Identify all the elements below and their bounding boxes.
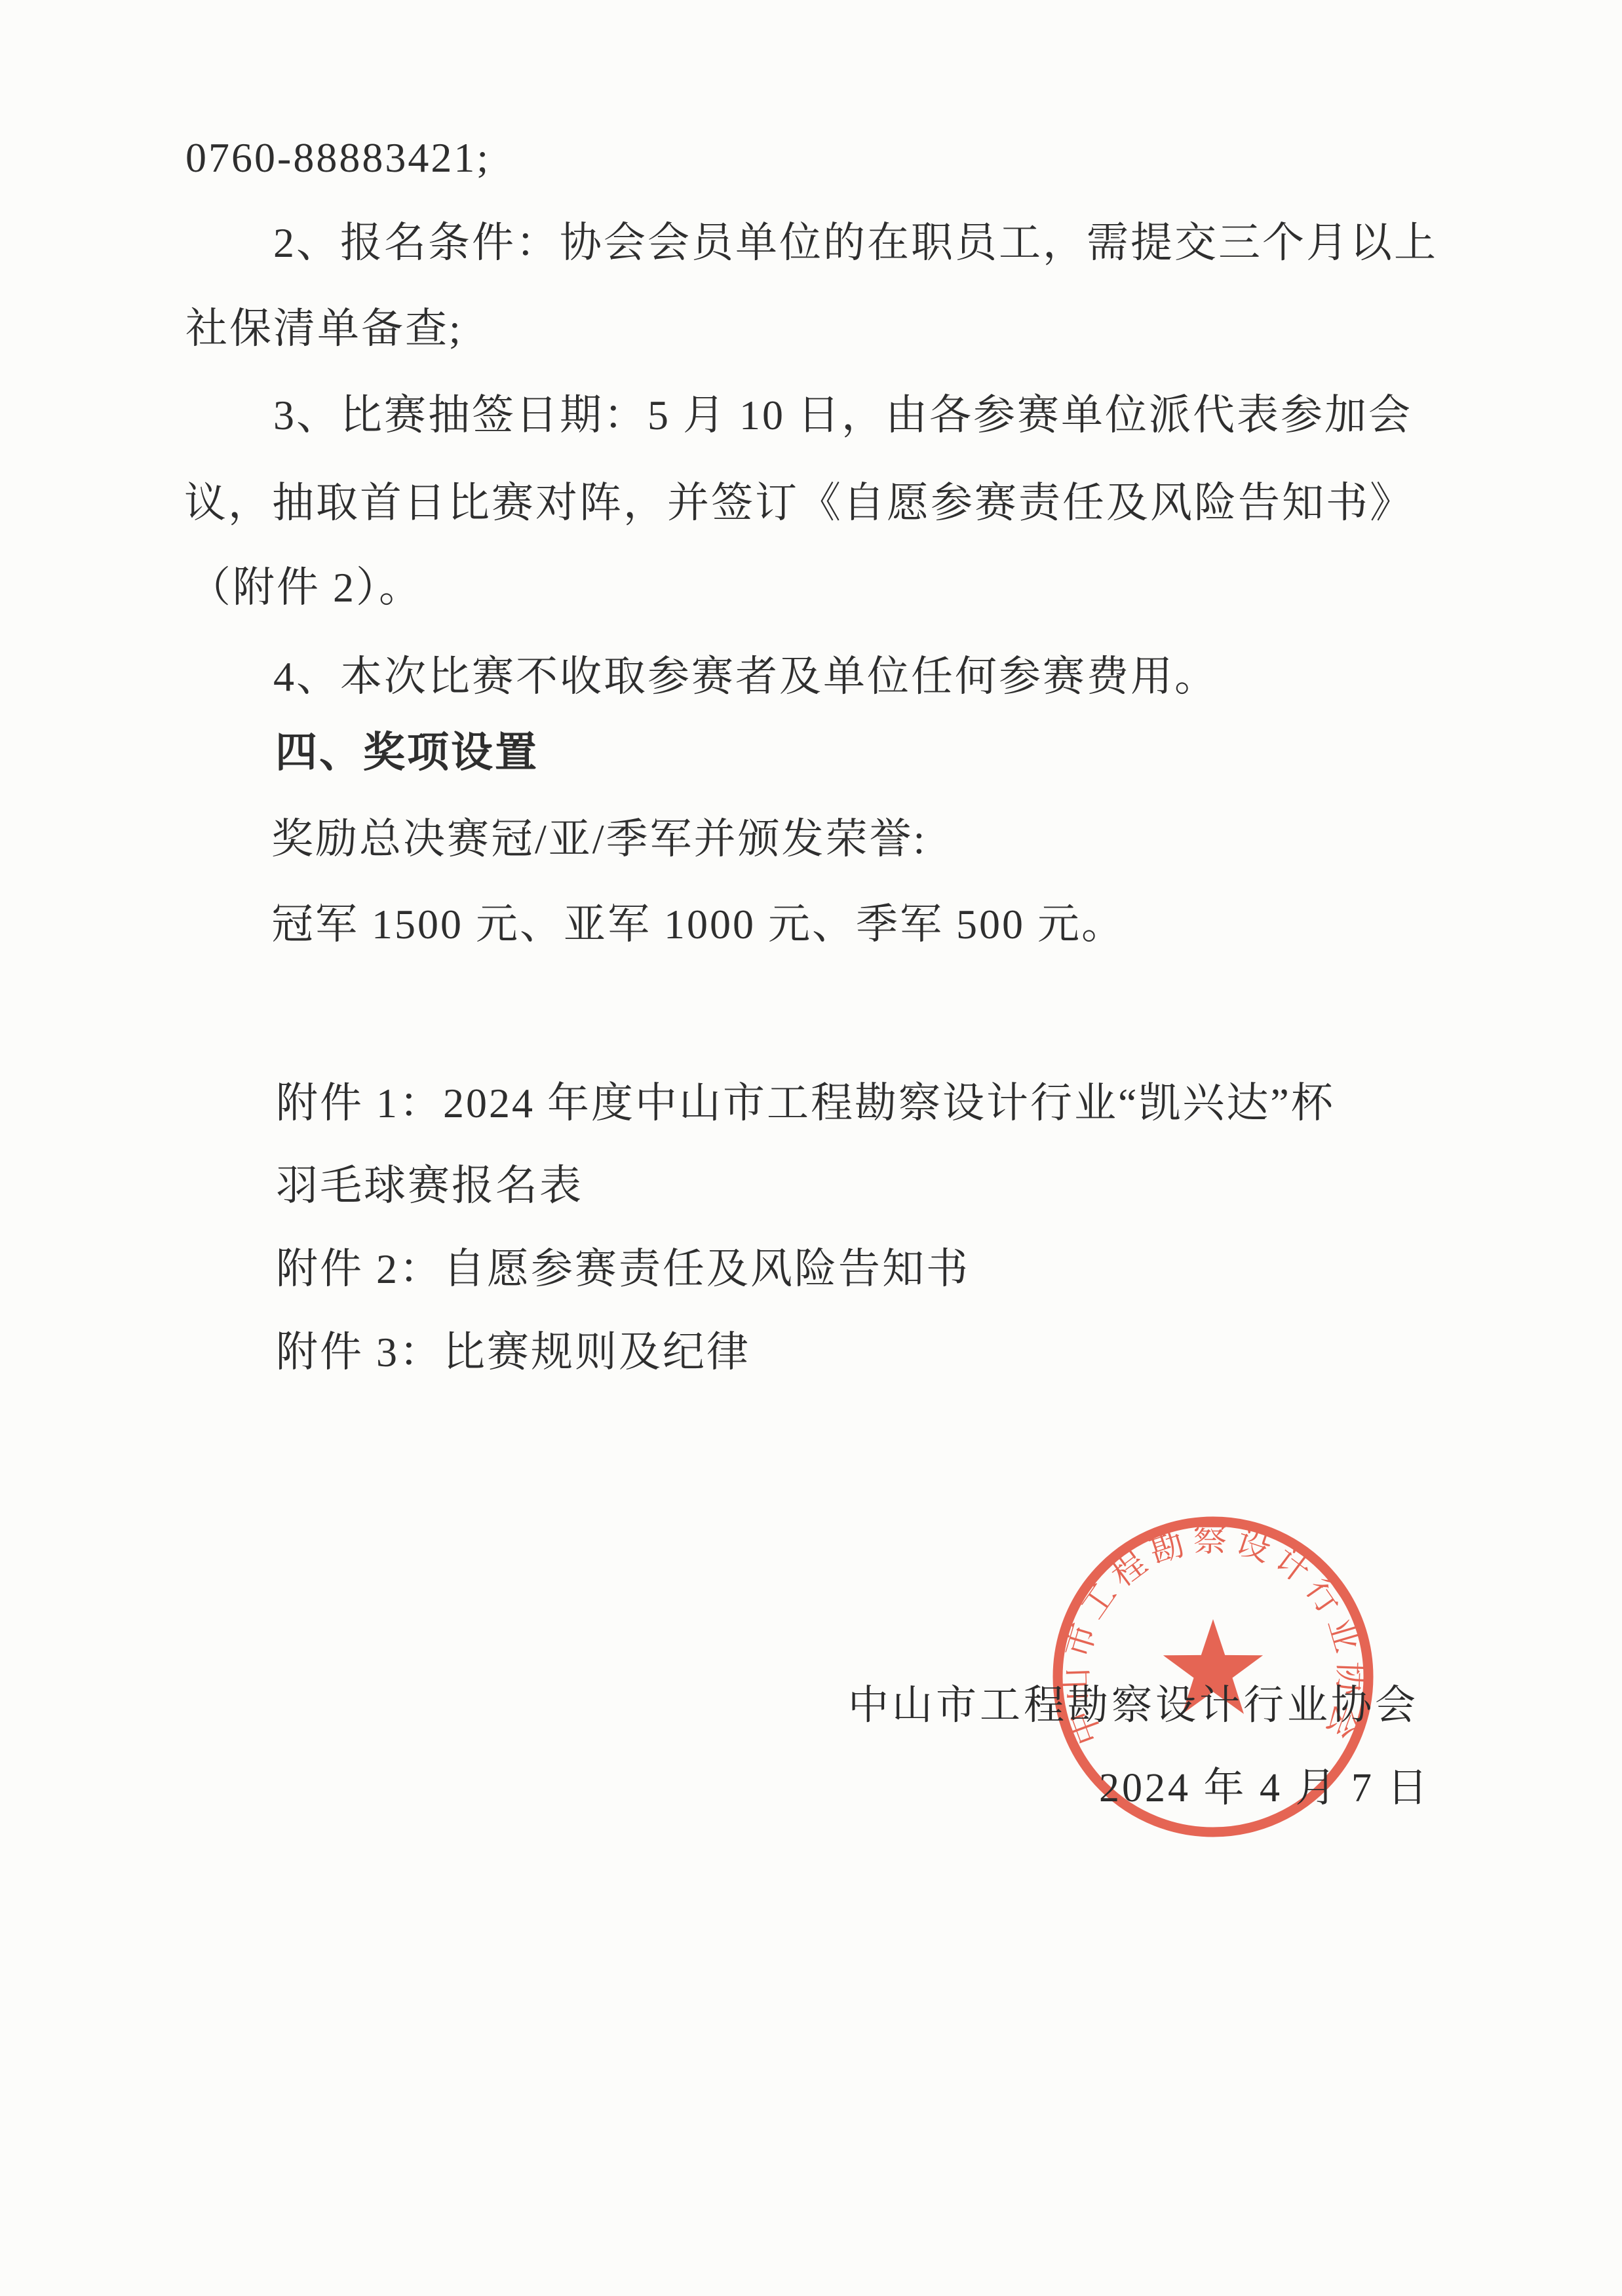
document-page: 0760-88883421; 2、报名条件：协会会员单位的在职员工，需提交三个月…: [0, 0, 1622, 2296]
attachment-2-line: 附件 2：自愿参赛责任及风险告知书: [276, 1245, 970, 1293]
signature-date: 2024 年 4 月 7 日: [1099, 1755, 1431, 1813]
section-heading-awards: 四、奖项设置: [275, 729, 539, 777]
doc-line-item4: 4、本次比赛不收取参赛者及单位任何参赛费用。: [273, 653, 1218, 701]
organization-signature: 中山市工程勘察设计行业协会: [848, 1672, 1419, 1731]
doc-line-item3-cont: 议，抽取首日比赛对阵，并签订《自愿参赛责任及风险告知书》: [184, 479, 1414, 527]
attachment-1-line: 附件 1：2024 年度中山市工程勘察设计行业“凯兴达”杯: [276, 1079, 1335, 1128]
doc-line-item2: 2、报名条件：协会会员单位的在职员工，需提交三个月以上: [273, 219, 1438, 267]
doc-line-item2-cont: 社保清单备查;: [185, 305, 463, 353]
phone-number-line: 0760-88883421;: [185, 134, 490, 182]
attachment-1-cont: 羽毛球赛报名表: [276, 1162, 583, 1210]
attachment-3-line: 附件 3：比赛规则及纪律: [276, 1328, 750, 1377]
doc-line-item3: 3、比赛抽签日期：5 月 10 日，由各参赛单位派代表参加会: [273, 391, 1412, 440]
awards-intro-line: 奖励总决赛冠/亚/季军并颁发荣誉:: [271, 815, 927, 864]
doc-line-item3-cont2: （附件 2）。: [189, 564, 423, 612]
awards-amounts-line: 冠军 1500 元、亚军 1000 元、季军 500 元。: [271, 900, 1125, 949]
